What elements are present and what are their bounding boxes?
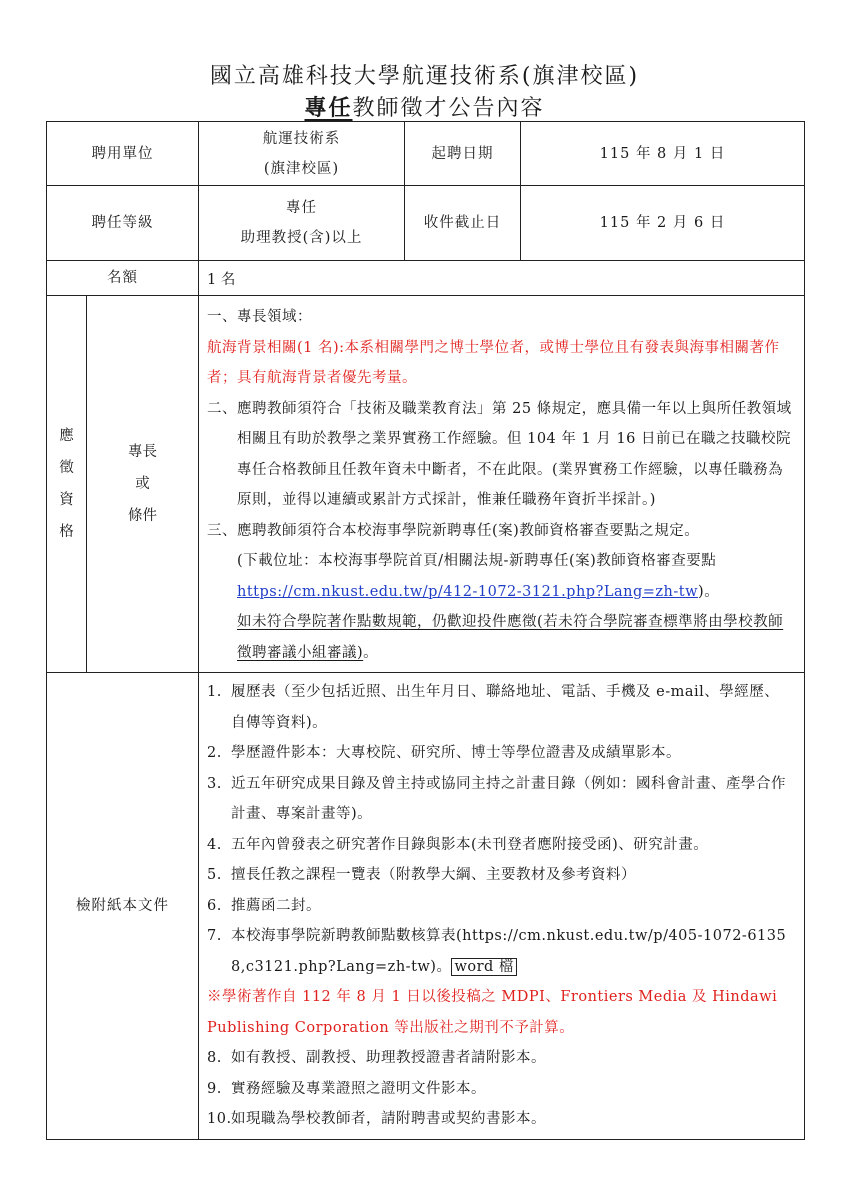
sub-label-line: 或 [87,468,198,500]
document-item: 9.實務經驗及專業證照之證明文件影本。 [207,1074,794,1105]
sub-label-line: 條件 [87,500,198,532]
note-suffix: 。 [363,645,378,661]
page-title: 國立高雄科技大學航運技術系(旗津校區) [0,62,849,92]
section2-lead: 二、 [207,394,237,516]
item-text: 如現職為學校教師者，請附聘書或契約書影本。 [231,1104,794,1135]
documents-label: 檢附紙本文件 [47,673,199,1140]
journal-exclusion-note: ※學術著作自 112 年 8 月 1 日以後投稿之 MDPI、Frontiers… [207,982,794,1043]
group-label-char: 應 [47,420,86,452]
document-item: 10.如現職為學校教師者，請附聘書或契約書影本。 [207,1104,794,1135]
row-rank: 聘任等級 專任 助理教授(含)以上 收件截止日 115 年 2 月 6 日 [47,186,805,261]
item-number: 9. [207,1074,231,1105]
download-path: (下載位址：本校海事學院首頁/相關法規-新聘專任(案)教師資格審查要點 [237,546,794,577]
item-number: 8. [207,1043,231,1074]
word-file-link[interactable]: word 檔 [451,958,516,976]
item-number: 6. [207,891,231,922]
section3: 三、 應聘教師須符合本校海事學院新聘專任(案)教師資格審查要點之規定。 [207,516,794,547]
sub-label-line: 專長 [87,436,198,468]
row-documents: 檢附紙本文件 1.履歷表（至少包括近照、出生年月日、聯絡地址、電話、手機及 e-… [47,673,805,1140]
documents-content: 1.履歷表（至少包括近照、出生年月日、聯絡地址、電話、手機及 e-mail、學經… [199,673,805,1140]
item-number: 2. [207,738,231,769]
section3-download: (下載位址：本校海事學院首頁/相關法規-新聘專任(案)教師資格審查要點 http… [207,546,794,668]
document-item: 8.如有教授、副教授、助理教授證書者請附影本。 [207,1043,794,1074]
qualifications-sub-label: 專長 或 條件 [87,296,199,673]
rank-value-line1: 專任 [199,193,404,223]
item-number: 5. [207,860,231,891]
start-date-label: 起聘日期 [405,122,521,186]
group-label-char: 格 [47,516,86,548]
item-text: 如有教授、副教授、助理教授證書者請附影本。 [231,1043,794,1074]
item-text: 學歷證件影本：大專校院、研究所、博士等學位證書及成績單影本。 [231,738,794,769]
link-suffix: )。 [698,584,719,600]
rank-label: 聘任等級 [47,186,199,261]
document-item: 2.學歷證件影本：大專校院、研究所、博士等學位證書及成績單影本。 [207,738,794,769]
document-item: 6.推薦函二封。 [207,891,794,922]
section3-lead: 三、 [207,516,237,547]
unit-value-line2: (旗津校區) [199,154,404,184]
subtitle-emphasis: 專任 [304,95,352,121]
item-text: 近五年研究成果目錄及曾主持或協同主持之計畫目錄（例如：國科會計畫、產學合作計畫、… [231,769,794,830]
item-text: 履歷表（至少包括近照、出生年月日、聯絡地址、電話、手機及 e-mail、學經歷、… [231,677,794,738]
section3-text: 應聘教師須符合本校海事學院新聘專任(案)教師資格審查要點之規定。 [237,516,794,547]
row-unit: 聘用單位 航運技術系 (旗津校區) 起聘日期 115 年 8 月 1 日 [47,122,805,186]
item-number: 3. [207,769,231,830]
item-number: 1. [207,677,231,738]
item-text: 本校海事學院新聘教師點數核算表(https://cm.nkust.edu.tw/… [231,921,794,982]
subtitle-rest: 教師徵才公告內容 [353,96,545,121]
section2-text: 應聘教師須符合「技術及職業教育法」第 25 條規定，應具備一年以上與所任教領域相… [237,394,794,516]
rank-value-line2: 助理教授(含)以上 [199,223,404,253]
section2: 二、 應聘教師須符合「技術及職業教育法」第 25 條規定，應具備一年以上與所任教… [207,394,794,516]
deadline-label: 收件截止日 [405,186,521,261]
page-subtitle: 專任教師徵才公告內容 [0,93,849,124]
item-text: 實務經驗及專業證照之證明文件影本。 [231,1074,794,1105]
document-item: 7.本校海事學院新聘教師點數核算表(https://cm.nkust.edu.t… [207,921,794,982]
deadline-value: 115 年 2 月 6 日 [521,186,805,261]
document-item: 4.五年內曾發表之研究著作目錄與影本(未刊登者應附接受函)、研究計畫。 [207,830,794,861]
recruitment-table: 聘用單位 航運技術系 (旗津校區) 起聘日期 115 年 8 月 1 日 聘任等… [46,121,805,1140]
section1-heading: 一、專長領域： [207,302,794,333]
unit-value-line1: 航運技術系 [199,124,404,154]
rank-value: 專任 助理教授(含)以上 [199,186,405,261]
qualifications-content: 一、專長領域： 航海背景相關(1 名):本系相關學門之博士學位者，或博士學位且有… [199,296,805,673]
unit-value: 航運技術系 (旗津校區) [199,122,405,186]
section3-note: 如未符合學院著作點數規範，仍歡迎投件應徵(若未符合學院審查標準將由學校教師徵聘審… [237,614,783,661]
item-number: 7. [207,921,231,982]
document-item: 5.擅長任教之課程一覽表（附教學大綱、主要教材及參考資料） [207,860,794,891]
item-number: 4. [207,830,231,861]
regulation-link[interactable]: https://cm.nkust.edu.tw/p/412-1072-3121.… [237,584,698,600]
quota-label: 名額 [47,261,199,296]
unit-label: 聘用單位 [47,122,199,186]
item-number: 10. [207,1104,231,1135]
item-text: 推薦函二封。 [231,891,794,922]
group-label-char: 資 [47,484,86,516]
document-item: 3.近五年研究成果目錄及曾主持或協同主持之計畫目錄（例如：國科會計畫、產學合作計… [207,769,794,830]
group-label-char: 徵 [47,452,86,484]
row-qualifications: 應 徵 資 格 專長 或 條件 一、專長領域： 航海背景相關(1 名):本系相關… [47,296,805,673]
document-item: 1.履歷表（至少包括近照、出生年月日、聯絡地址、電話、手機及 e-mail、學經… [207,677,794,738]
item-text: 五年內曾發表之研究著作目錄與影本(未刊登者應附接受函)、研究計畫。 [231,830,794,861]
qualifications-group-label: 應 徵 資 格 [47,296,87,673]
start-date-value: 115 年 8 月 1 日 [521,122,805,186]
quota-value: 1 名 [199,261,805,296]
section1-specialty: 航海背景相關(1 名):本系相關學門之博士學位者，或博士學位且有發表與海事相關著… [207,333,794,394]
item-text: 擅長任教之課程一覽表（附教學大綱、主要教材及參考資料） [231,860,794,891]
row-quota: 名額 1 名 [47,261,805,296]
